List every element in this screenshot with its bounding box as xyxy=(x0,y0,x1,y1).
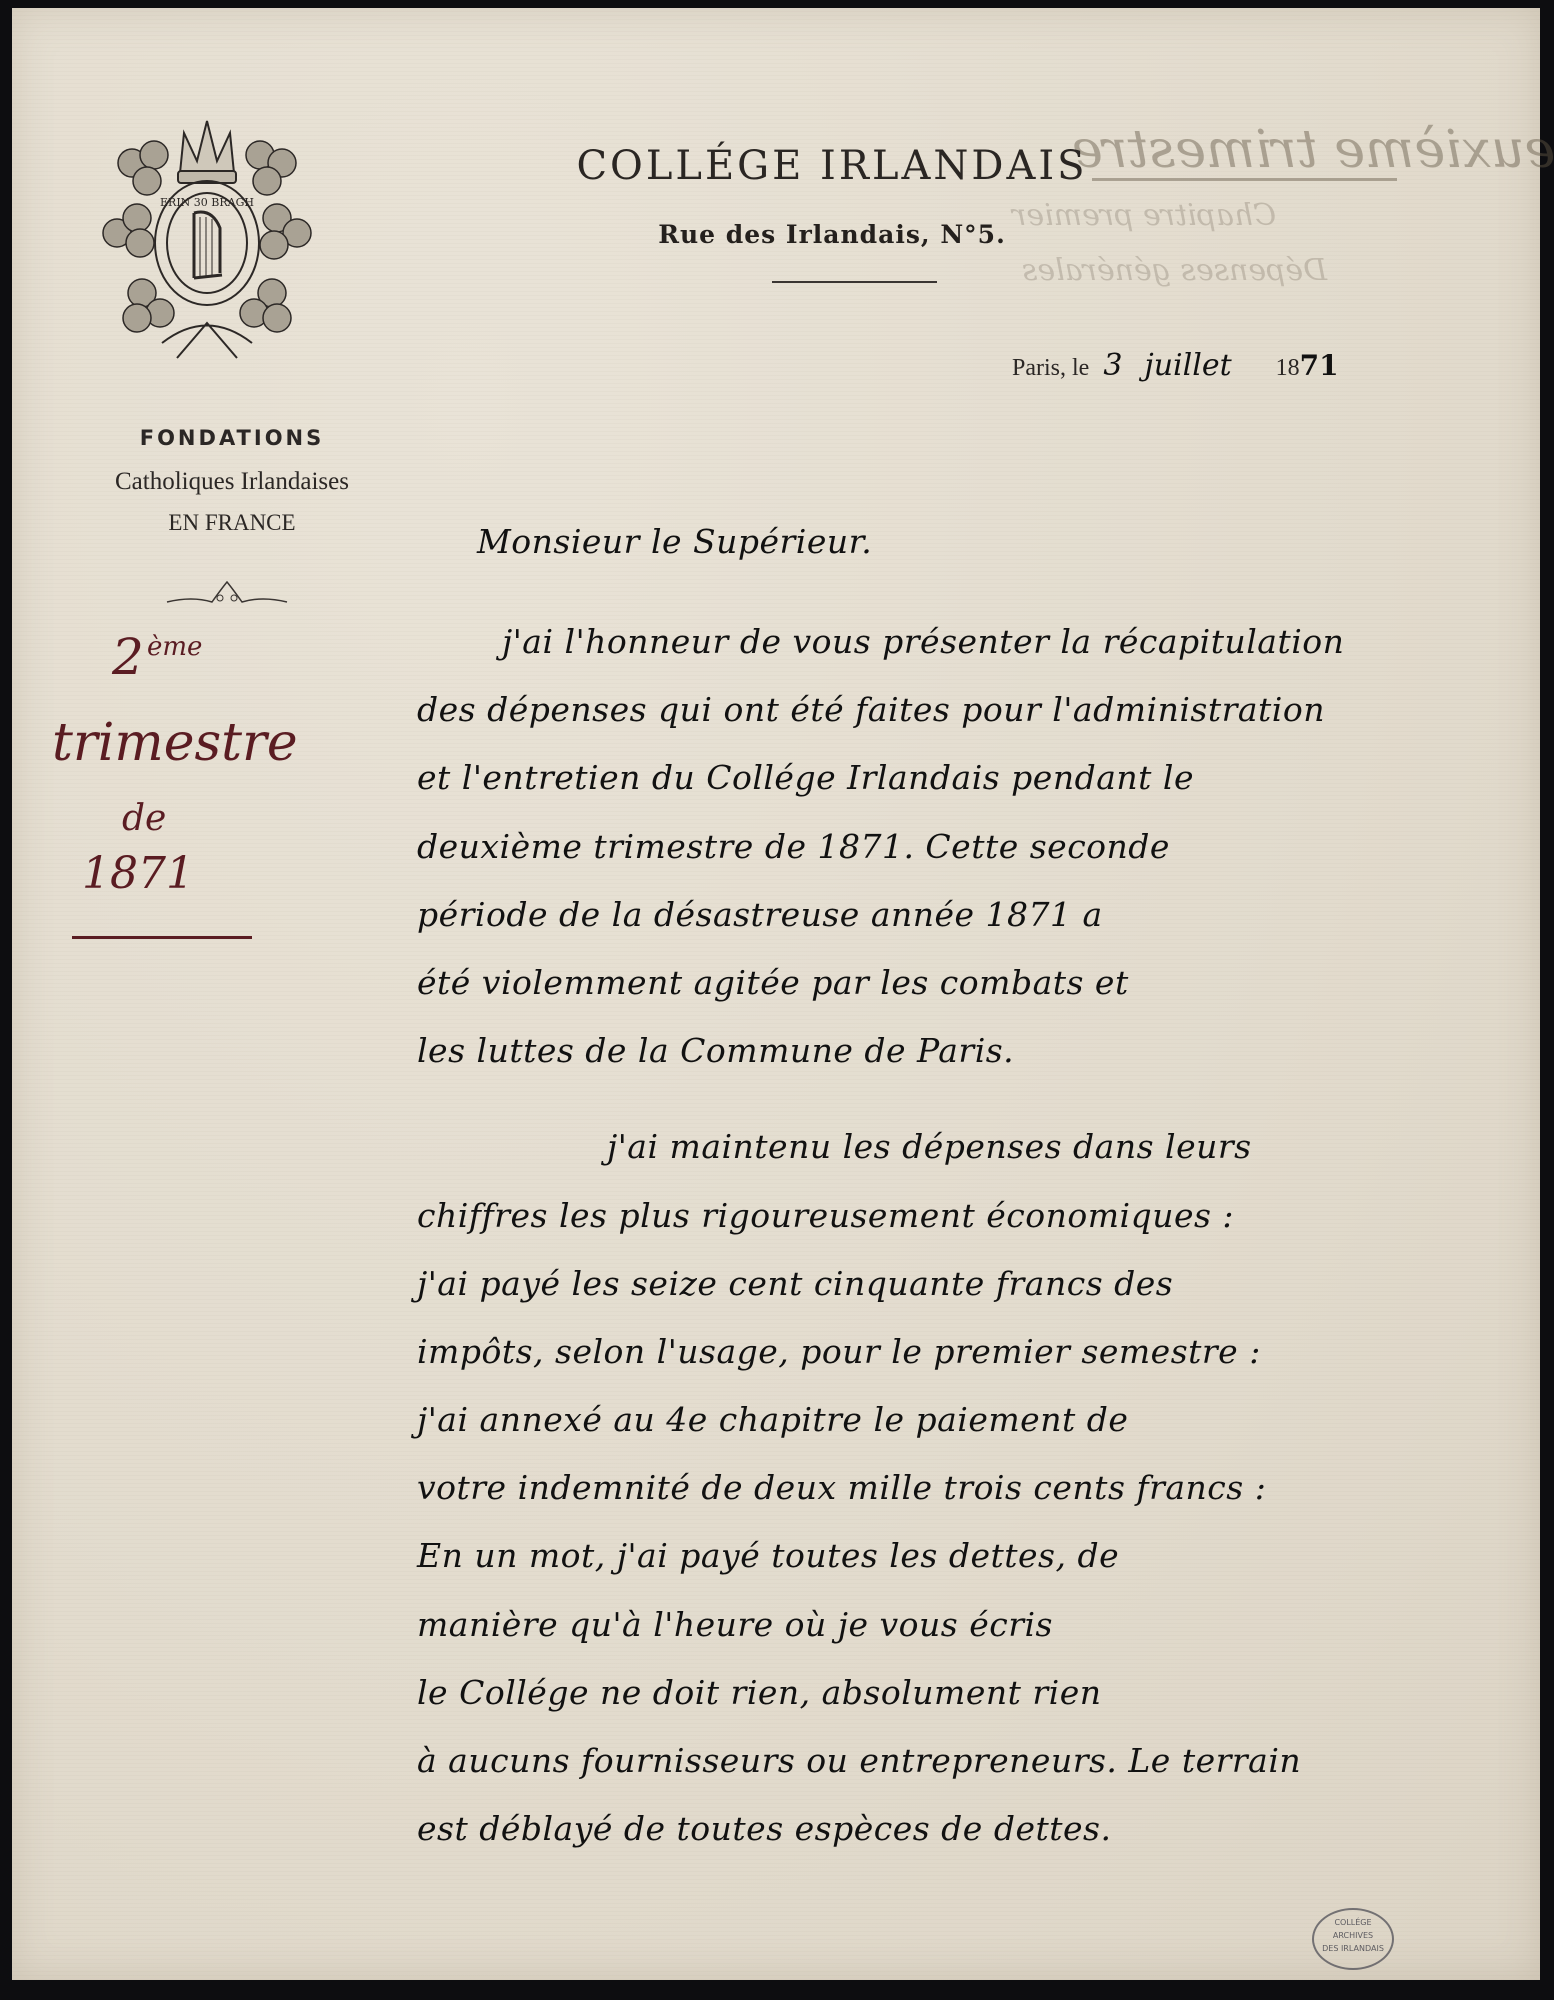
letter-body: Monsieur le Supérieur. j'ai l'honneur de… xyxy=(417,508,1517,1863)
date-day: 3 xyxy=(1103,348,1122,383)
date-line: Paris, le 3 juillet 1871 xyxy=(1012,348,1339,383)
margin-note-year: 1871 xyxy=(82,848,194,899)
body-line: En un mot, j'ai payé toutes les dettes, … xyxy=(417,1522,1517,1590)
letterhead-rule xyxy=(772,281,937,283)
letter-page: Deuxième trimestre Chapitre premier Dépe… xyxy=(12,8,1540,1980)
body-line: j'ai payé les seize cent cinquante franc… xyxy=(417,1250,1517,1318)
stamp-line: DES IRLANDAIS xyxy=(1314,1942,1392,1955)
date-century: 18 xyxy=(1276,355,1300,381)
body-line: j'ai maintenu les dépenses dans leurs xyxy=(417,1113,1517,1181)
body-line: chiffres les plus rigoureusement économi… xyxy=(417,1182,1517,1250)
date-year-suffix: 71 xyxy=(1300,349,1339,382)
body-line: manière qu'à l'heure où je vous écris xyxy=(417,1591,1517,1659)
flourish-ornament-icon xyxy=(162,578,292,612)
margin-note-rule xyxy=(72,936,252,939)
body-line: été violemment agitée par les combats et xyxy=(417,949,1517,1017)
harp-crown-shamrock-crest-icon: ERIN 30 BRAGH xyxy=(102,113,312,378)
foundations-block: FONDATIONS Catholiques Irlandaises EN FR… xyxy=(72,426,392,536)
stamp-line: ARCHIVES xyxy=(1314,1929,1392,1942)
body-line-emphasis: le Collége ne doit rien, absolument rien xyxy=(417,1659,1517,1727)
margin-note-superscript: ème xyxy=(147,632,202,662)
body-line: les luttes de la Commune de Paris. xyxy=(417,1017,1517,1085)
margin-note-word: trimestre xyxy=(52,713,298,773)
svg-text:ERIN 30 BRAGH: ERIN 30 BRAGH xyxy=(160,196,254,209)
foundations-country: EN FRANCE xyxy=(72,510,392,536)
foundations-title: FONDATIONS xyxy=(72,426,392,450)
margin-note-number: 2 xyxy=(112,628,144,686)
bleed-through-rule xyxy=(1092,178,1397,181)
body-line: impôts, selon l'usage, pour le premier s… xyxy=(417,1318,1517,1386)
letterhead-address: Rue des Irlandais, N°5. xyxy=(552,220,1112,249)
body-line: à aucuns fournisseurs ou entrepreneurs. … xyxy=(417,1727,1517,1795)
body-line: j'ai l'honneur de vous présenter la réca… xyxy=(417,608,1517,676)
body-line: période de la désastreuse année 1871 a xyxy=(417,881,1517,949)
foundations-subtitle: Catholiques Irlandaises xyxy=(72,468,392,496)
date-printed-prefix: Paris, le xyxy=(1012,355,1089,381)
body-line: j'ai annexé au 4e chapitre le paiement d… xyxy=(417,1386,1517,1454)
bleed-through-heading: Deuxième trimestre xyxy=(1072,120,1554,180)
body-line: est déblayé de toutes espèces de dettes. xyxy=(417,1795,1517,1863)
stamp-line: COLLÉGE xyxy=(1314,1916,1392,1929)
margin-note-de: de xyxy=(122,798,166,839)
body-line: des dépenses qui ont été faites pour l'a… xyxy=(417,676,1517,744)
salutation: Monsieur le Supérieur. xyxy=(417,508,1517,608)
archive-stamp: COLLÉGE ARCHIVES DES IRLANDAIS xyxy=(1312,1908,1394,1970)
letterhead-title: COLLÉGE IRLANDAIS xyxy=(552,143,1112,189)
body-line: et l'entretien du Collége Irlandais pend… xyxy=(417,744,1517,812)
bleed-through-subheading: Dépenses générales xyxy=(1022,253,1327,288)
body-line: deuxième trimestre de 1871. Cette second… xyxy=(417,813,1517,881)
body-line: votre indemnité de deux mille trois cent… xyxy=(417,1454,1517,1522)
date-month: juillet xyxy=(1144,348,1231,383)
